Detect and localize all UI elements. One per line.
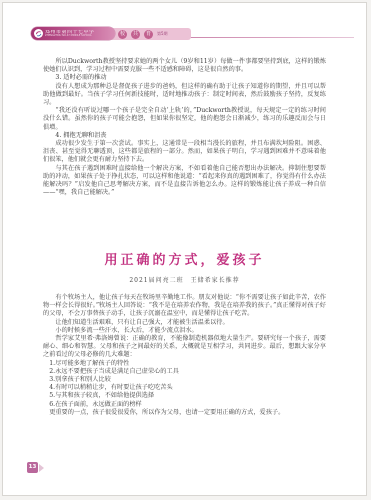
column-badge: 共 (131, 30, 140, 39)
paragraph: 没有人想成为那种总是督促孩子进步的爸妈，但这样的确有助于让孩子知道你的期望，并且… (43, 83, 326, 108)
paragraph: 有个牧场主人，他让孩子每天在牧场里辛勤地工作。朋友对他说：“你不需要让孩子如此辛… (43, 294, 326, 319)
column-badge: 育 (144, 30, 153, 39)
feature-title: 用正确的方式，爱孩子 (3, 249, 366, 268)
page-header: 家 校 共 育 第5期 郑州市第四十七中学 ZHENGZHOU NO.47 MI… (31, 27, 354, 43)
school-name: 郑州市第四十七中学 ZHENGZHOU NO.47 MIDDLE SCHOOL (45, 30, 95, 38)
paragraph: “我还没有听说过哪一个孩子是完全自动‘上轨’的，”Duckworth教授说，每天… (43, 107, 326, 132)
school-ribbon: 郑州市第四十七中学 ZHENGZHOU NO.47 MIDDLE SCHOOL (31, 27, 115, 40)
feature-byline: 2021届问亮二班 王储希家长推荐 (3, 275, 366, 284)
school-name-en: ZHENGZHOU NO.47 MIDDLE SCHOOL (45, 35, 95, 38)
paragraph: 成功很少发生于第一次尝试。事实上，这通常是一段相当漫长的旅程，并且布满坎坷险阻。… (43, 140, 326, 165)
closing-line: 更重要的一点，孩子很爱很爱你，所以作为父母，也请一定要用正确的方式，爱孩子。 (43, 409, 326, 417)
paragraph: 小的时候多流一些汗水，长大后，才能少流点泪水。 (43, 327, 326, 335)
paragraph: 与其在孩子遇到困难时直接给他一个解决方案，不如看着他自己能否想出办法解决。抑制住… (43, 165, 326, 198)
list-item: 6.在孩子面前，永远做正面的榜样 (43, 401, 326, 409)
page-number-badge: 13 (27, 462, 38, 473)
page-number: 13 (27, 462, 44, 473)
paragraph: 让他们知道生活艰难，只有让自己强大，才能被生活温柔以待。 (43, 319, 326, 327)
list-item: 5.与其和孩子较真，不如给他提供选择 (43, 392, 326, 400)
paragraph: 哲学家艾里希·弗洛姆曾说：正确的教育，不能像制造机器似地大量生产。要研究每一个孩… (43, 335, 326, 360)
issue-label: 第5期 (157, 31, 168, 37)
school-logo-icon (34, 29, 43, 38)
list-item: 2.永远不要把孩子当成是满足自己虚荣心的工具 (43, 368, 326, 376)
list-item: 3.别拿孩子和别人比较 (43, 376, 326, 384)
section-subheading: 3. 适时必需的推动 (43, 74, 326, 82)
column-badge: 校 (118, 30, 127, 39)
list-item: 1.尽可能多地了解孩子的特性 (43, 360, 326, 368)
article-top-text: 所以Duckworth教授坚持要求她的两个女儿（9岁和11岁）每做一件事都要坚持… (43, 58, 326, 197)
section-subheading: 4. 拥抱无聊和沮丧 (43, 132, 326, 140)
document-page: 家 校 共 育 第5期 郑州市第四十七中学 ZHENGZHOU NO.47 MI… (2, 2, 367, 496)
chevron-right-icon (39, 464, 44, 472)
paragraph: 所以Duckworth教授坚持要求她的两个女儿（9岁和11岁）每做一件事都要坚持… (43, 58, 326, 74)
article-bottom-text: 有个牧场主人，他让孩子每天在牧场里辛勤地工作。朋友对他说：“你不需要让孩子如此辛… (43, 294, 326, 417)
